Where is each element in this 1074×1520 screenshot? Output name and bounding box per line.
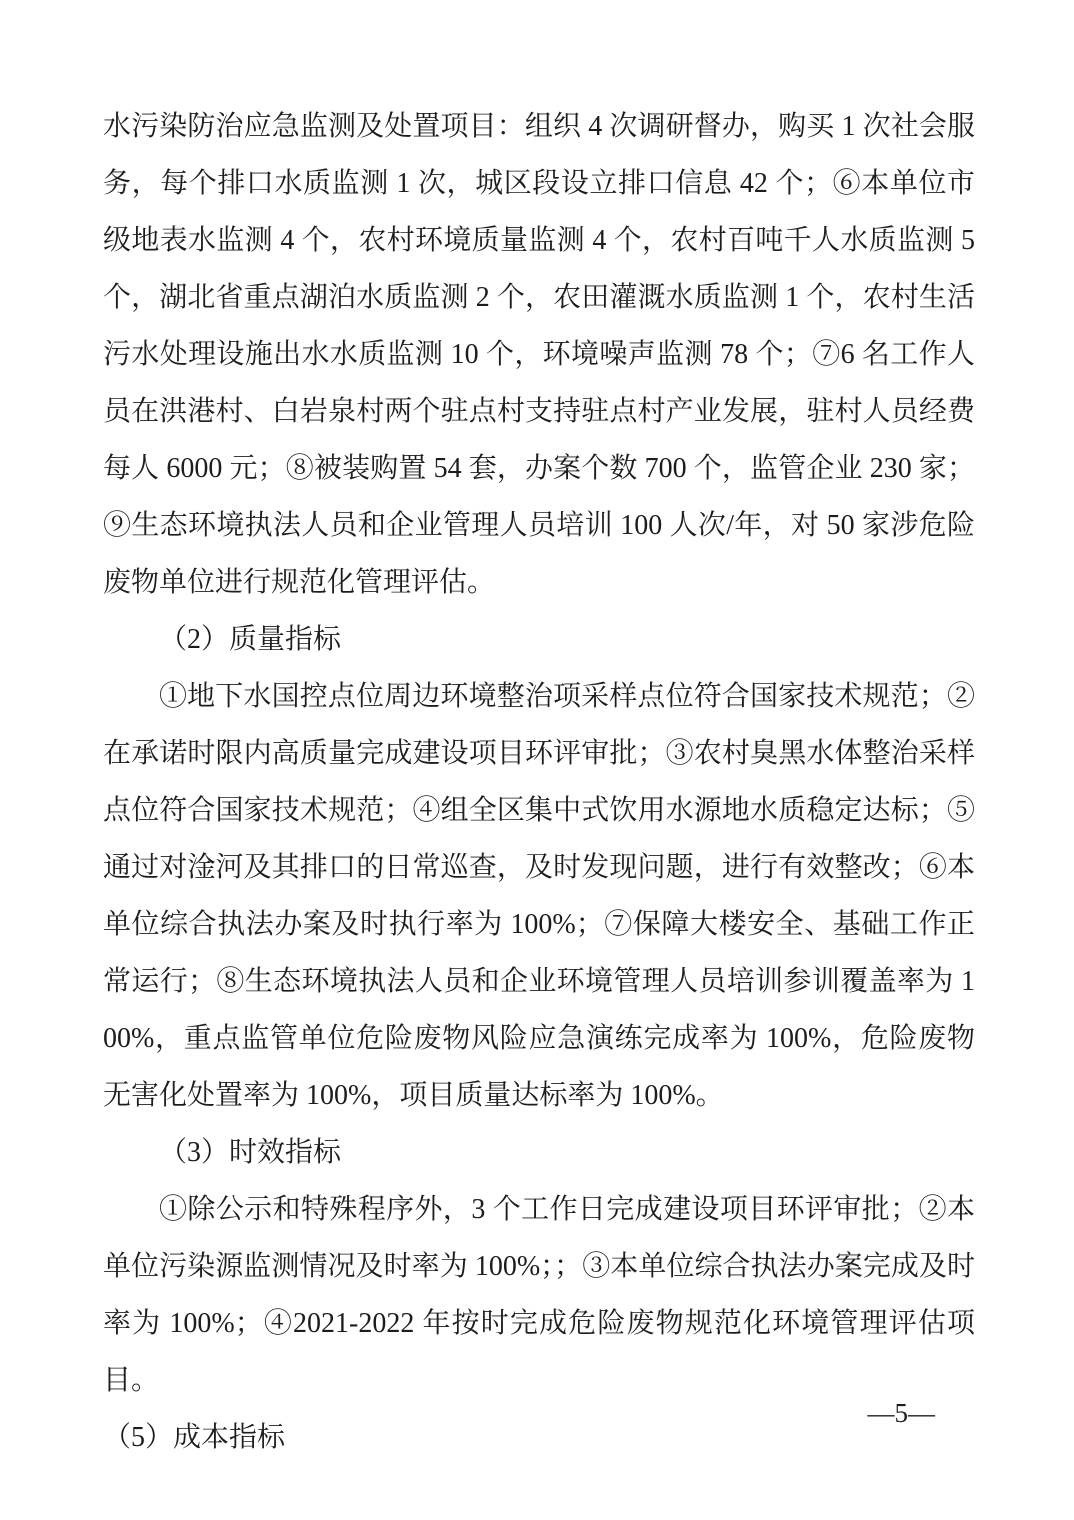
document-body: 水污染防治应急监测及处置项目：组织 4 次调研督办，购买 1 次社会服务，每个排… bbox=[103, 98, 975, 1466]
document-page: 水污染防治应急监测及处置项目：组织 4 次调研督办，购买 1 次社会服务，每个排… bbox=[0, 0, 1074, 1520]
page-number: —5— bbox=[0, 1396, 935, 1430]
para-quality-indicators: ①地下水国控点位周边环境整治项采样点位符合国家技术规范；②在承诺时限内高质量完成… bbox=[103, 668, 975, 1124]
heading-timeliness-indicators: （3）时效指标 bbox=[103, 1124, 975, 1181]
para-output-indicators-continued: 水污染防治应急监测及处置项目：组织 4 次调研督办，购买 1 次社会服务，每个排… bbox=[103, 98, 975, 611]
heading-quality-indicators: （2）质量指标 bbox=[103, 611, 975, 668]
para-timeliness-indicators: ①除公示和特殊程序外，3 个工作日完成建设项目环评审批；②本单位污染源监测情况及… bbox=[103, 1181, 975, 1409]
